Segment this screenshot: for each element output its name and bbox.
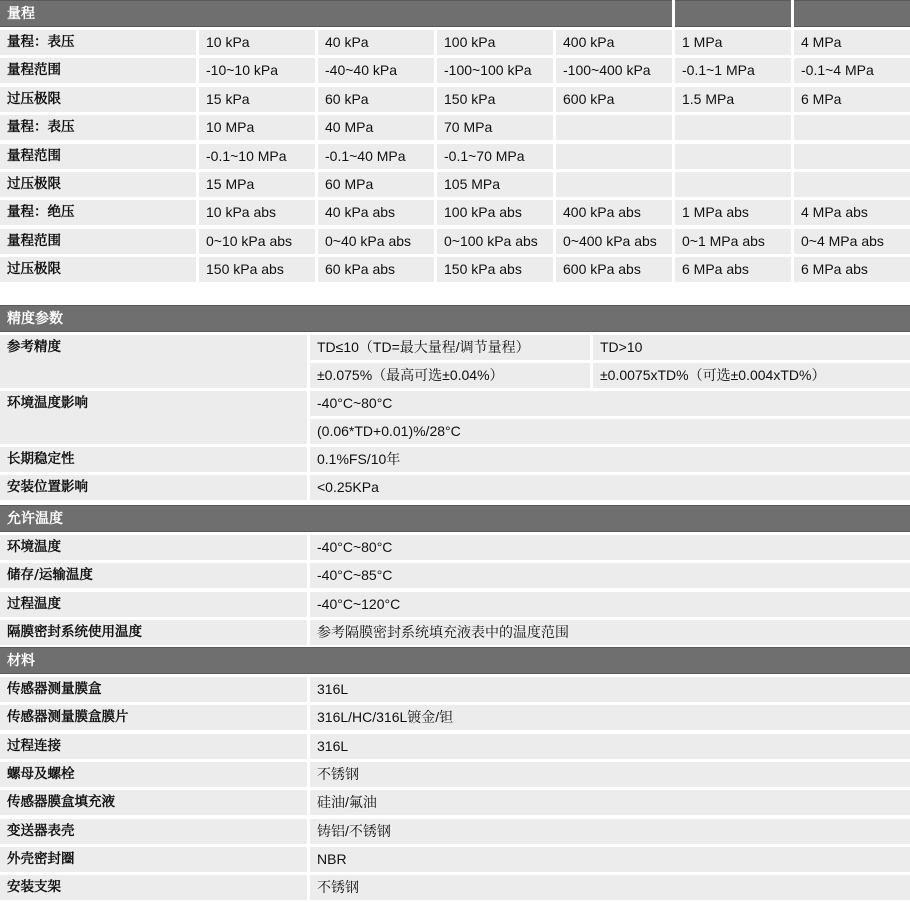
range-row-value: 1.5 MPa: [675, 87, 791, 112]
reference-accuracy-value-2: ±0.0075xTD%（可选±0.004xTD%）: [593, 363, 910, 388]
range-row-value: -0.1~70 MPa: [437, 144, 553, 169]
temperature-section-title: 允许温度: [0, 511, 63, 527]
temperature-row-value: -40°C~85°C: [310, 563, 910, 588]
range-row-value: [675, 144, 791, 169]
range-row-label: 过压极限: [0, 172, 196, 197]
reference-accuracy-td-gt10: TD>10: [593, 335, 910, 360]
range-row-value: 6 MPa abs: [675, 257, 791, 282]
range-row-label: 量程范围: [0, 229, 196, 254]
range-row-value: -40~40 kPa: [318, 58, 434, 83]
range-row-value: -0.1~1 MPa: [675, 58, 791, 83]
range-row-value: 150 kPa: [437, 87, 553, 112]
reference-accuracy-label-text: 参考精度: [7, 339, 61, 355]
range-row-value: 15 kPa: [199, 87, 315, 112]
range-row-value: 60 kPa: [318, 87, 434, 112]
reference-accuracy-td-le10: TD≤10（TD=最大量程/调节量程）: [310, 335, 590, 360]
materials-row-label: 传感器测量膜盒膜片: [0, 705, 307, 730]
range-row-value: -0.1~40 MPa: [318, 144, 434, 169]
range-header-spacer-1: [675, 0, 791, 27]
range-row-value: 150 kPa abs: [199, 257, 315, 282]
range-header-spacer-2: [794, 0, 910, 27]
range-row-value: 400 kPa: [556, 30, 672, 55]
range-row-value: 4 MPa abs: [794, 200, 910, 225]
range-row-value: 400 kPa abs: [556, 200, 672, 225]
range-row-value: 100 kPa abs: [437, 200, 553, 225]
range-row-label: 量程：表压: [0, 115, 196, 140]
materials-row-value: 铸铝/不锈钢: [310, 819, 910, 844]
ambient-temp-effect-label: 环境温度影响: [0, 391, 307, 444]
range-row-value: -0.1~10 MPa: [199, 144, 315, 169]
materials-row-value: 硅油/氟油: [310, 790, 910, 815]
range-row-label: 量程范围: [0, 58, 196, 83]
materials-row-label: 螺母及螺栓: [0, 762, 307, 787]
materials-row-label: 安装支架: [0, 875, 307, 900]
range-row-value: 60 MPa: [318, 172, 434, 197]
range-row-value: 6 MPa: [794, 87, 910, 112]
accuracy-section-title: 精度参数: [0, 311, 63, 327]
temperature-row-label: 储存/运输温度: [0, 563, 307, 588]
materials-row-value: 316L: [310, 734, 910, 759]
range-row-value: 0~1 MPa abs: [675, 229, 791, 254]
range-row-value: 10 kPa abs: [199, 200, 315, 225]
range-row-value: 150 kPa abs: [437, 257, 553, 282]
range-row-value: -100~400 kPa: [556, 58, 672, 83]
range-row-value: [556, 172, 672, 197]
materials-row-label: 传感器膜盒填充液: [0, 790, 307, 815]
materials-section-header: 材料: [0, 647, 910, 674]
range-section-header: 量程: [0, 0, 672, 27]
temperature-section-header: 允许温度: [0, 505, 910, 532]
ambient-temp-effect-formula: (0.06*TD+0.01)%/28°C: [310, 419, 910, 444]
range-row-value: [675, 115, 791, 140]
range-row-value: 0~40 kPa abs: [318, 229, 434, 254]
accuracy-section-header: 精度参数: [0, 305, 910, 332]
range-row-value: 10 MPa: [199, 115, 315, 140]
range-row-label: 过压极限: [0, 257, 196, 282]
long-term-stability-value: 0.1%FS/10年: [310, 447, 910, 472]
range-row-label: 量程范围: [0, 144, 196, 169]
reference-accuracy-value-1: ±0.075%（最高可选±0.04%）: [310, 363, 590, 388]
range-row-value: 0~100 kPa abs: [437, 229, 553, 254]
range-row-value: 600 kPa abs: [556, 257, 672, 282]
range-row-value: [556, 115, 672, 140]
range-row-value: 1 MPa: [675, 30, 791, 55]
mounting-position-effect-label: 安装位置影响: [0, 475, 307, 500]
materials-row-label: 传感器测量膜盒: [0, 677, 307, 702]
range-row-value: 15 MPa: [199, 172, 315, 197]
range-row-value: -0.1~4 MPa: [794, 58, 910, 83]
materials-section-title: 材料: [0, 653, 35, 669]
temperature-row-label: 环境温度: [0, 535, 307, 560]
range-row-value: 0~10 kPa abs: [199, 229, 315, 254]
range-row-label: 量程：表压: [0, 30, 196, 55]
ambient-temp-effect-range: -40°C~80°C: [310, 391, 910, 416]
range-row-value: 60 kPa abs: [318, 257, 434, 282]
range-row-value: 1 MPa abs: [675, 200, 791, 225]
range-row-value: 10 kPa: [199, 30, 315, 55]
mounting-position-effect-value: <0.25KPa: [310, 475, 910, 500]
range-row-label: 过压极限: [0, 87, 196, 112]
reference-accuracy-label: 参考精度: [0, 335, 307, 388]
range-row-label: 量程：绝压: [0, 200, 196, 225]
materials-row-value: 不锈钢: [310, 762, 910, 787]
range-row-value: 40 MPa: [318, 115, 434, 140]
range-row-value: 100 kPa: [437, 30, 553, 55]
range-row-value: [794, 144, 910, 169]
range-section-title: 量程: [0, 6, 35, 22]
range-row-value: 4 MPa: [794, 30, 910, 55]
temperature-row-value: -40°C~120°C: [310, 592, 910, 617]
range-row-value: 40 kPa abs: [318, 200, 434, 225]
temperature-row-value: -40°C~80°C: [310, 535, 910, 560]
range-row-value: [794, 115, 910, 140]
materials-row-value: 不锈钢: [310, 875, 910, 900]
materials-row-label: 外壳密封圈: [0, 847, 307, 872]
range-row-value: 600 kPa: [556, 87, 672, 112]
long-term-stability-label: 长期稳定性: [0, 447, 307, 472]
range-row-value: [794, 172, 910, 197]
temperature-row-value: 参考隔膜密封系统填充液表中的温度范围: [310, 620, 910, 645]
range-row-value: 6 MPa abs: [794, 257, 910, 282]
materials-row-label: 过程连接: [0, 734, 307, 759]
temperature-row-label: 隔膜密封系统使用温度: [0, 620, 307, 645]
range-row-value: 0~4 MPa abs: [794, 229, 910, 254]
range-row-value: 40 kPa: [318, 30, 434, 55]
range-row-value: [556, 144, 672, 169]
ambient-temp-effect-label-text: 环境温度影响: [7, 395, 88, 411]
temperature-row-label: 过程温度: [0, 592, 307, 617]
materials-row-value: 316L/HC/316L镀金/钽: [310, 705, 910, 730]
range-row-value: -10~10 kPa: [199, 58, 315, 83]
materials-row-label: 变送器表壳: [0, 819, 307, 844]
range-row-value: 70 MPa: [437, 115, 553, 140]
materials-row-value: 316L: [310, 677, 910, 702]
range-row-value: -100~100 kPa: [437, 58, 553, 83]
range-row-value: [675, 172, 791, 197]
range-row-value: 105 MPa: [437, 172, 553, 197]
range-row-value: 0~400 kPa abs: [556, 229, 672, 254]
materials-row-value: NBR: [310, 847, 910, 872]
